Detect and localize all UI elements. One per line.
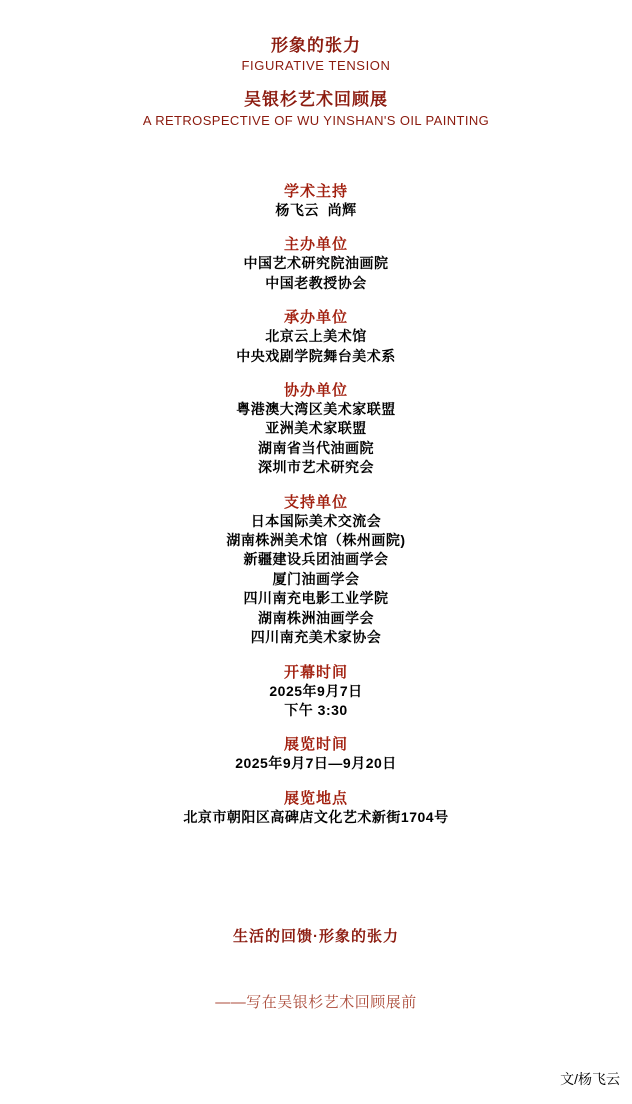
section-heading: 开幕时间 (0, 663, 632, 682)
org-name-line: 厦门油画学会 (0, 570, 632, 589)
exhibition-date-range: 2025年9月7日—9月20日 (0, 754, 632, 773)
opening-hour: 下午 3:30 (0, 701, 632, 720)
section-academic-chair: 学术主持 杨飞云 尚辉 (0, 182, 632, 220)
org-name-line: 湖南株洲美术馆（株州画院) (0, 531, 632, 550)
org-name-line: 北京云上美术馆 (0, 327, 632, 346)
section-heading: 主办单位 (0, 235, 632, 254)
section-heading: 协办单位 (0, 381, 632, 400)
section-exhibition-dates: 展览时间 2025年9月7日—9月20日 (0, 735, 632, 773)
org-name-line: 中国老教授协会 (0, 274, 632, 293)
essay-byline: 文/杨飞云 (560, 1070, 620, 1088)
org-name-line: 湖南省当代油画院 (0, 439, 632, 458)
opening-date: 2025年9月7日 (0, 682, 632, 701)
section-supporting-organizations: 支持单位 日本国际美术交流会 湖南株洲美术馆（株州画院) 新疆建设兵团油画学会 … (0, 493, 632, 648)
exhibition-name-en: A RETROSPECTIVE OF WU YINSHAN'S OIL PAIN… (0, 113, 632, 129)
org-name-line: 深圳市艺术研究会 (0, 458, 632, 477)
section-exhibition-venue: 展览地点 北京市朝阳区高碑店文化艺术新街1704号 (0, 789, 632, 827)
academic-chair-names: 杨飞云 尚辉 (0, 201, 632, 220)
masthead: 形象的张力 FIGURATIVE TENSION 吴银杉艺术回顾展 A RETR… (0, 0, 632, 129)
section-co-organizers: 协办单位 粤港澳大湾区美术家联盟 亚洲美术家联盟 湖南省当代油画院 深圳市艺术研… (0, 381, 632, 478)
section-host-organizations: 主办单位 中国艺术研究院油画院 中国老教授协会 (0, 235, 632, 293)
section-heading: 承办单位 (0, 308, 632, 327)
org-name-line: 中央戏剧学院舞台美术系 (0, 347, 632, 366)
org-name-line: 粤港澳大湾区美术家联盟 (0, 400, 632, 419)
essay-title: 生活的回馈·形象的张力 (0, 927, 632, 946)
section-heading: 展览地点 (0, 789, 632, 808)
org-name-line: 新疆建设兵团油画学会 (0, 550, 632, 569)
org-name-line: 亚洲美术家联盟 (0, 419, 632, 438)
exhibition-info-sections: 学术主持 杨飞云 尚辉 主办单位 中国艺术研究院油画院 中国老教授协会 承办单位… (0, 182, 632, 827)
section-organizers: 承办单位 北京云上美术馆 中央戏剧学院舞台美术系 (0, 308, 632, 366)
exhibition-name-cn: 吴银杉艺术回顾展 (0, 91, 632, 109)
exhibition-theme-title-cn: 形象的张力 (0, 37, 632, 55)
section-heading: 支持单位 (0, 493, 632, 512)
section-heading: 学术主持 (0, 182, 632, 201)
org-name-line: 湖南株洲油画学会 (0, 609, 632, 628)
section-heading: 展览时间 (0, 735, 632, 754)
exhibition-address: 北京市朝阳区高碑店文化艺术新街1704号 (0, 808, 632, 827)
exhibition-announcement-page: 形象的张力 FIGURATIVE TENSION 吴银杉艺术回顾展 A RETR… (0, 0, 632, 1104)
essay-subtitle: ——写在吴银杉艺术回顾展前 (0, 993, 632, 1012)
exhibition-theme-title-en: FIGURATIVE TENSION (0, 58, 632, 74)
org-name-line: 中国艺术研究院油画院 (0, 254, 632, 273)
org-name-line: 日本国际美术交流会 (0, 512, 632, 531)
section-opening-time: 开幕时间 2025年9月7日 下午 3:30 (0, 663, 632, 721)
org-name-line: 四川南充电影工业学院 (0, 589, 632, 608)
org-name-line: 四川南充美术家协会 (0, 628, 632, 647)
